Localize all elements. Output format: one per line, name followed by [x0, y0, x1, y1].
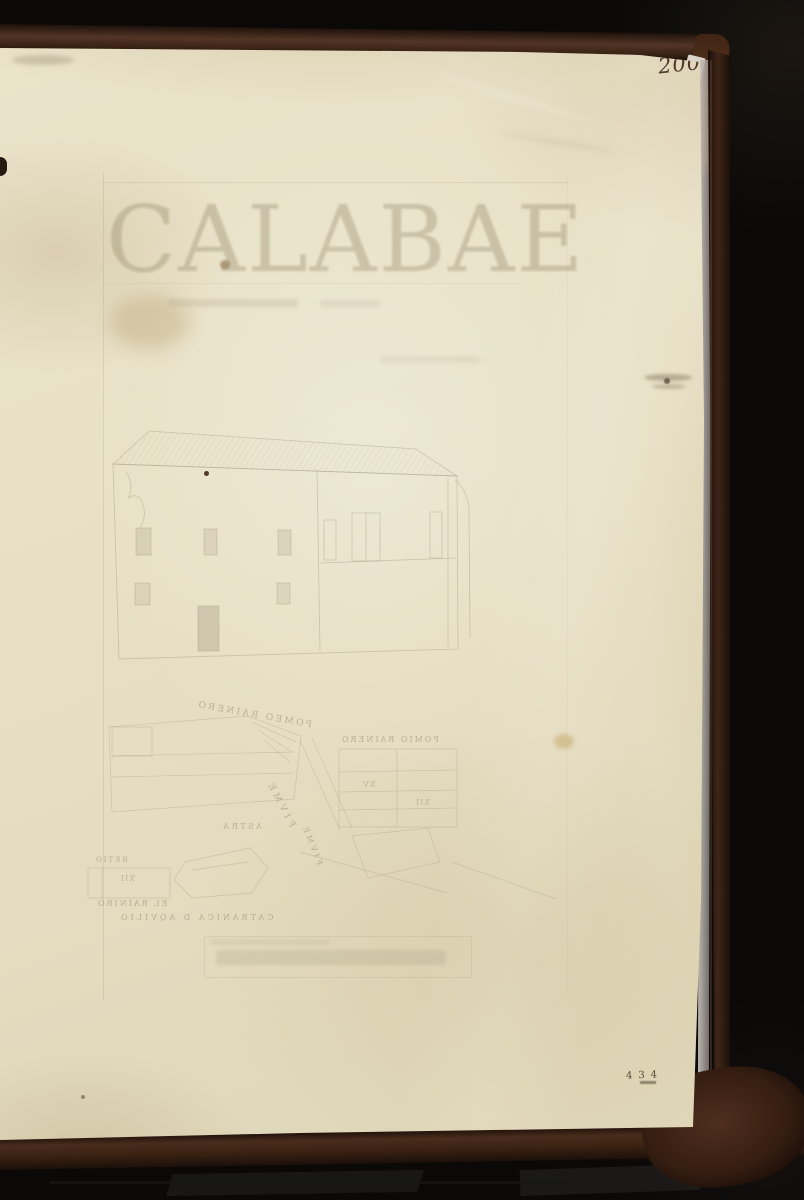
paper-speck	[81, 1095, 85, 1099]
paper-stain	[110, 295, 190, 350]
ghost-building-drawing	[90, 415, 475, 670]
ghost-numeral: XII	[415, 798, 430, 807]
scanned-book-page: CALABAE	[0, 0, 804, 1200]
ghost-text-line	[380, 356, 480, 363]
paper-smudge	[652, 384, 686, 389]
paper-stain	[554, 734, 574, 749]
ghost-title: CALABAE	[106, 186, 606, 281]
plate-border-top	[103, 182, 568, 183]
show-through-layer: CALABAE	[0, 0, 804, 1200]
ghost-label: EL RAINIRO	[96, 899, 167, 908]
plate-number-marks-sub	[640, 1081, 656, 1084]
ghost-label: ASTRA	[221, 822, 262, 831]
ghost-map-drawing	[80, 690, 570, 930]
paper-smudge	[664, 378, 670, 384]
ghost-numeral: XII	[120, 874, 135, 883]
ghost-numeral: XV	[362, 780, 375, 789]
ghost-label: RETIO	[94, 856, 128, 864]
ghost-text-line	[320, 300, 380, 307]
scanner-background-line	[50, 1181, 570, 1184]
ghost-label: CATRANICA D AQVILIO	[118, 913, 273, 922]
faint-marks	[12, 55, 74, 65]
leather-ridge	[710, 60, 712, 1120]
ghost-label: POMIO RAINERO	[340, 735, 439, 744]
paper-stain	[220, 260, 230, 269]
ghost-caption-text	[210, 939, 330, 945]
plate-number-marks: 434	[626, 1069, 663, 1081]
ink-speck	[204, 471, 209, 476]
ghost-text-line	[168, 299, 298, 307]
vellum-page: CALABAE	[0, 0, 804, 1200]
ghost-caption-text	[216, 950, 446, 965]
